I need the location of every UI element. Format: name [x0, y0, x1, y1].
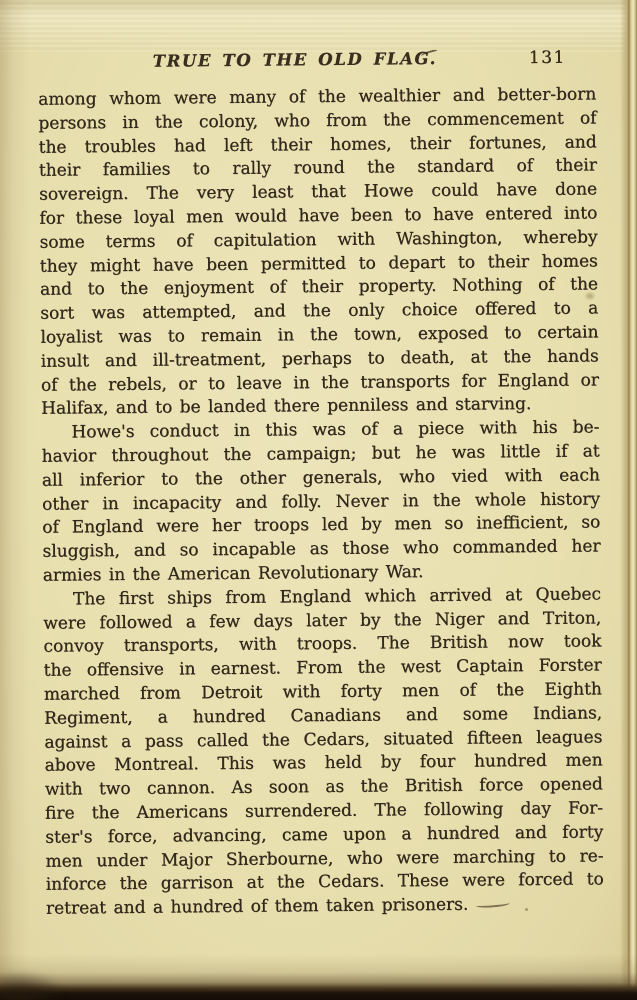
page-title: TRUE TO THE OLD FLAG. — [16, 48, 574, 72]
running-header: TRUE TO THE OLD FLAG. 131 — [38, 47, 596, 76]
text-line: retreat and a hundred of them taken pris… — [46, 892, 604, 921]
body-text: among whom were many of the wealthier an… — [38, 83, 604, 921]
book-page-scan: TRUE TO THE OLD FLAG. 131 among whom wer… — [0, 0, 637, 1000]
printed-sheet: TRUE TO THE OLD FLAG. 131 among whom wer… — [0, 0, 637, 1000]
page-number: 131 — [529, 48, 566, 68]
